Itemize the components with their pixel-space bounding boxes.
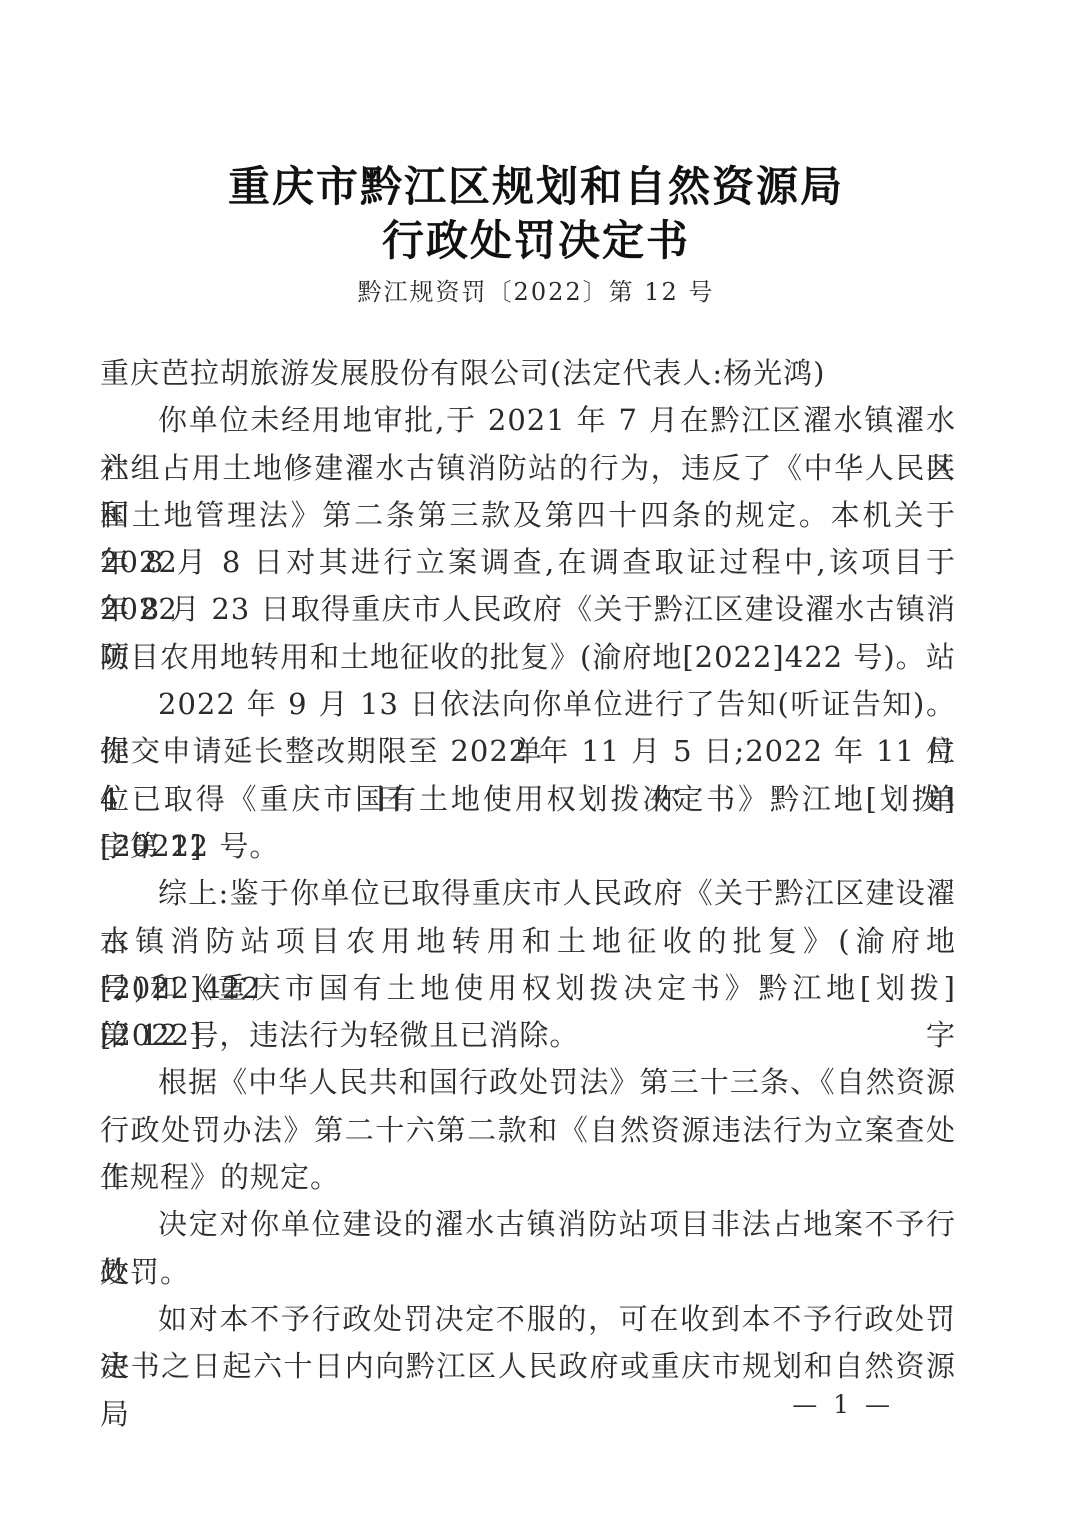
- text-line: 你单位未经用地审批,于 2021 年 7 月在黔江区濯水镇濯水社区: [100, 397, 956, 444]
- title-line-1: 重庆市黔江区规划和自然资源局: [0, 160, 1072, 214]
- paragraph-legal-basis: 根据《中华人民共和国行政处罚法》第三十三条、《自然资源行政处罚办法》第二十六第二…: [100, 1059, 956, 1201]
- page-number: — 1 —: [792, 1390, 894, 1419]
- document-number: 黔江规资罚〔2022〕第 12 号: [0, 272, 1072, 307]
- text-line: 年 8 月 23 日取得重庆市人民政府《关于黔江区建设濯水古镇消防站: [100, 586, 956, 633]
- text-line: 六组占用土地修建濯水古镇消防站的行为，违反了《中华人民共和: [100, 445, 956, 492]
- title-line-2: 行政处罚决定书: [0, 214, 1072, 268]
- text-line: 位已取得《重庆市国有土地使用权划拨决定书》黔江地[划拨][2022]: [100, 776, 956, 823]
- paragraph-facts: 你单位未经用地审批,于 2021 年 7 月在黔江区濯水镇濯水社区六组占用土地修…: [100, 397, 956, 681]
- text-line: 2022 年 9 月 13 日依法向你单位进行了告知(听证告知)。你单位: [100, 681, 956, 728]
- text-line: 提交申请延长整改期限至 2022 年 11 月 5 日;2022 年 11 月 …: [100, 728, 956, 775]
- text-line: 国土地管理法》第二条第三款及第四十四条的规定。本机关于 2022: [100, 492, 956, 539]
- paragraph-notification: 2022 年 9 月 13 日依法向你单位进行了告知(听证告知)。你单位提交申请…: [100, 681, 956, 870]
- text-line: 古镇消防站项目农用地转用和土地征收的批复》(渝府地[2022]422: [100, 918, 956, 965]
- text-line: 定书之日起六十日内向黔江区人民政府或重庆市规划和自然资源局: [100, 1343, 956, 1390]
- text-line: 号)和《重庆市国有土地使用权划拨决定书》黔江地[划拨][2022]字: [100, 965, 956, 1012]
- paragraph-appeal: 如对本不予行政处罚决定不服的，可在收到本不予行政处罚决定书之日起六十日内向黔江区…: [100, 1296, 956, 1391]
- text-line: 如对本不予行政处罚决定不服的，可在收到本不予行政处罚决: [100, 1296, 956, 1343]
- text-line: 行政处罚办法》第二十六第二款和《自然资源违法行为立案查处工: [100, 1107, 956, 1154]
- text-line: 综上:鉴于你单位已取得重庆市人民政府《关于黔江区建设濯水: [100, 870, 956, 917]
- text-line: 项目农用地转用和土地征收的批复》(渝府地[2022]422 号)。: [100, 634, 956, 681]
- document-body: 重庆芭拉胡旅游发展股份有限公司(法定代表人:杨光鸿)你单位未经用地审批,于 20…: [100, 350, 956, 1391]
- text-line: 字第 12 号。: [100, 823, 956, 870]
- recipient-line: 重庆芭拉胡旅游发展股份有限公司(法定代表人:杨光鸿): [100, 350, 956, 397]
- text-line: 处罚。: [100, 1249, 956, 1296]
- paragraph-summary: 综上:鉴于你单位已取得重庆市人民政府《关于黔江区建设濯水古镇消防站项目农用地转用…: [100, 870, 956, 1059]
- text-line: 根据《中华人民共和国行政处罚法》第三十三条、《自然资源: [100, 1059, 956, 1106]
- text-line: 决定对你单位建设的濯水古镇消防站项目非法占地案不予行政: [100, 1201, 956, 1248]
- text-line: 重庆芭拉胡旅游发展股份有限公司(法定代表人:杨光鸿): [100, 350, 956, 397]
- document-page: 重庆市黔江区规划和自然资源局 行政处罚决定书 黔江规资罚〔2022〕第 12 号…: [0, 0, 1072, 1529]
- document-title: 重庆市黔江区规划和自然资源局 行政处罚决定书: [0, 160, 1072, 268]
- paragraph-decision: 决定对你单位建设的濯水古镇消防站项目非法占地案不予行政处罚。: [100, 1201, 956, 1296]
- text-line: 作规程》的规定。: [100, 1154, 956, 1201]
- text-line: 年 8 月 8 日对其进行立案调查,在调查取证过程中,该项目于 2022: [100, 539, 956, 586]
